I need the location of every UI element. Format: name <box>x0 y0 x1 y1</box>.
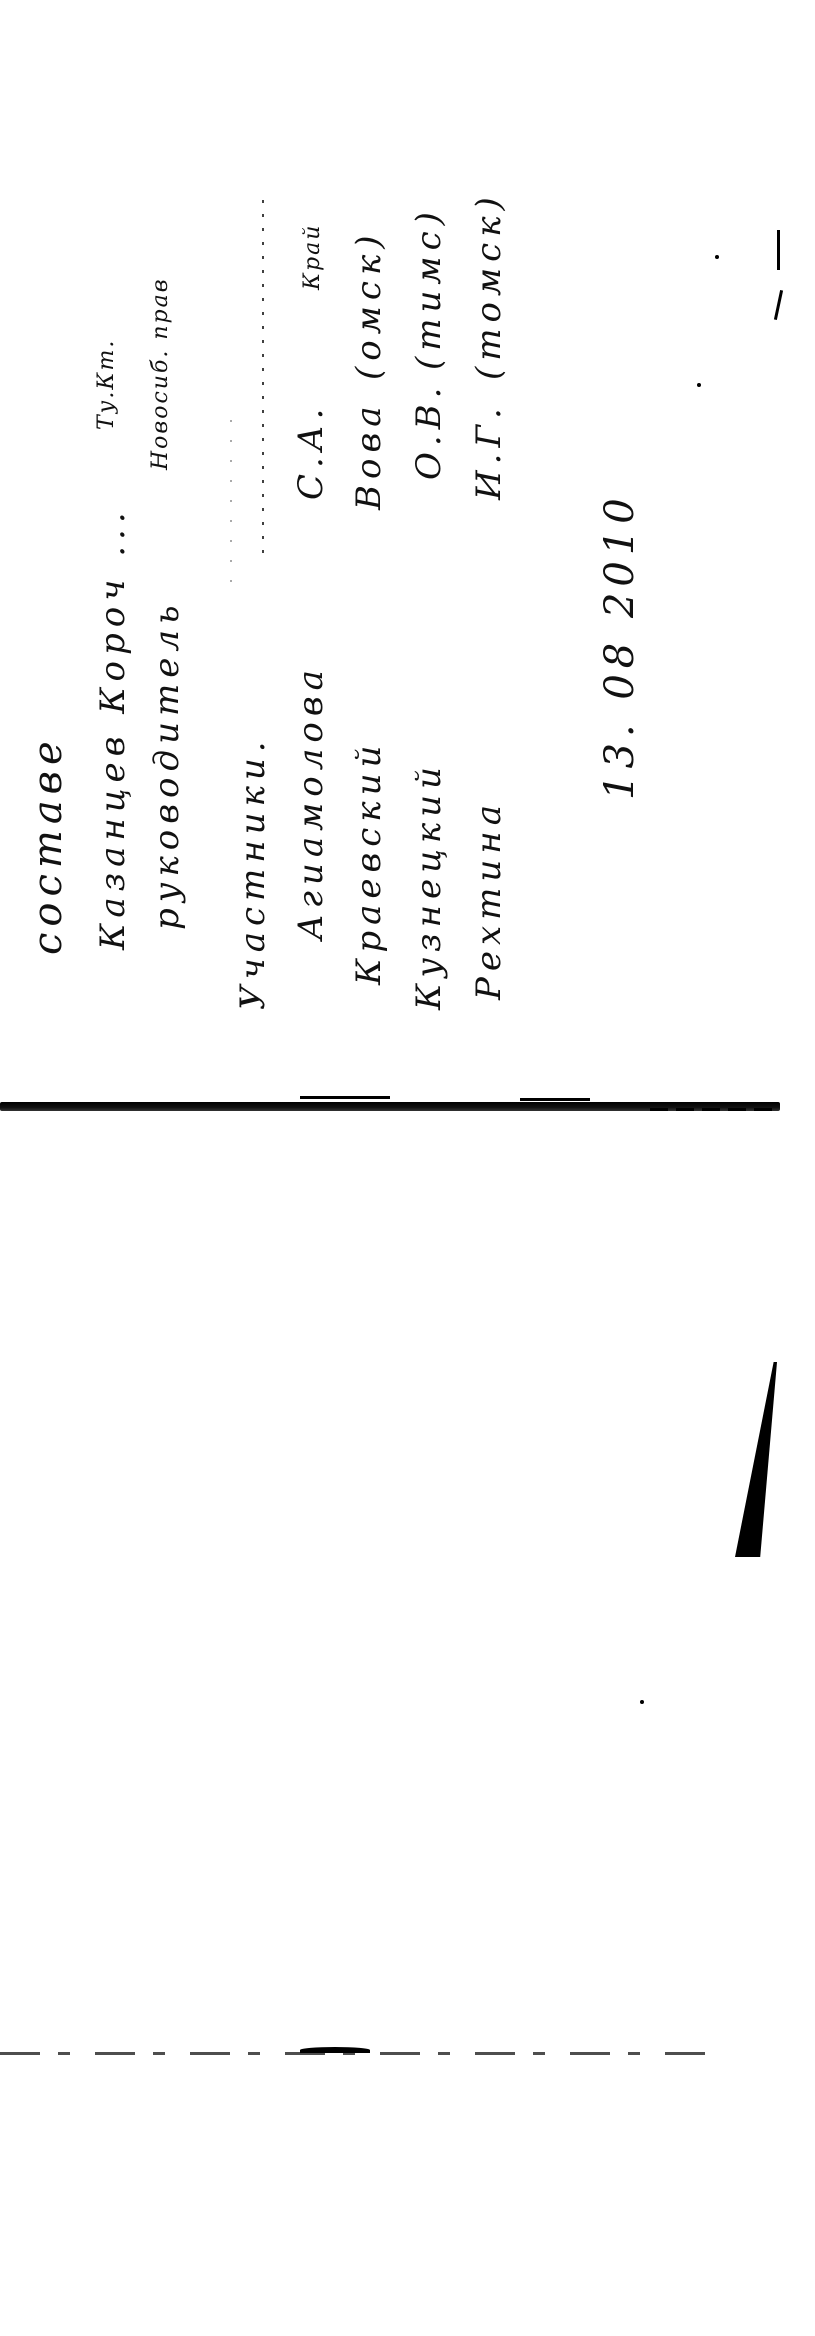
participant-surname: Рехтина <box>472 799 506 1000</box>
leader-name-line: Казанцев Короч ... <box>96 506 130 950</box>
participant-initials: О.В. <box>412 382 446 480</box>
bottom-line-smudge <box>300 2047 370 2053</box>
participant-surname: Агиамолова <box>294 664 328 940</box>
leader-annotation-bottom: Новосиб. прав <box>150 277 172 470</box>
scanned-page: составе Казанцев Короч ... руководитель … <box>0 0 815 2336</box>
scan-speck <box>697 383 701 387</box>
fold-line-speck <box>300 1096 390 1099</box>
participant-note: (тимс) <box>412 206 446 370</box>
document-date: 13. 08 2010 <box>600 492 640 800</box>
participants-label: Участники. <box>236 735 270 1010</box>
participant-initials: И.Г. <box>472 402 506 500</box>
heading-text: составе <box>28 735 68 955</box>
leader-annotation-top: Ту.Кт. <box>96 339 118 430</box>
participant-note: Край <box>302 224 324 290</box>
participant-note: (томск) <box>472 191 506 380</box>
leader-role-line: руководитель <box>150 600 184 931</box>
fold-line-dashed <box>650 1108 780 1111</box>
faint-separator <box>230 420 232 600</box>
participant-note: (омск) <box>352 229 386 380</box>
scan-speck <box>715 255 719 259</box>
edge-mark <box>777 230 780 270</box>
dotted-separator <box>262 200 264 560</box>
participant-initials: С.А. <box>294 403 328 500</box>
participant-initials: Вова <box>352 400 386 510</box>
scan-speck <box>640 1700 644 1704</box>
participant-surname: Краевский <box>352 740 386 985</box>
participant-surname: Кузнецкий <box>412 761 446 1010</box>
fold-line-speck <box>520 1098 590 1101</box>
dark-wedge-artifact <box>735 1362 777 1557</box>
edge-mark <box>774 290 783 320</box>
